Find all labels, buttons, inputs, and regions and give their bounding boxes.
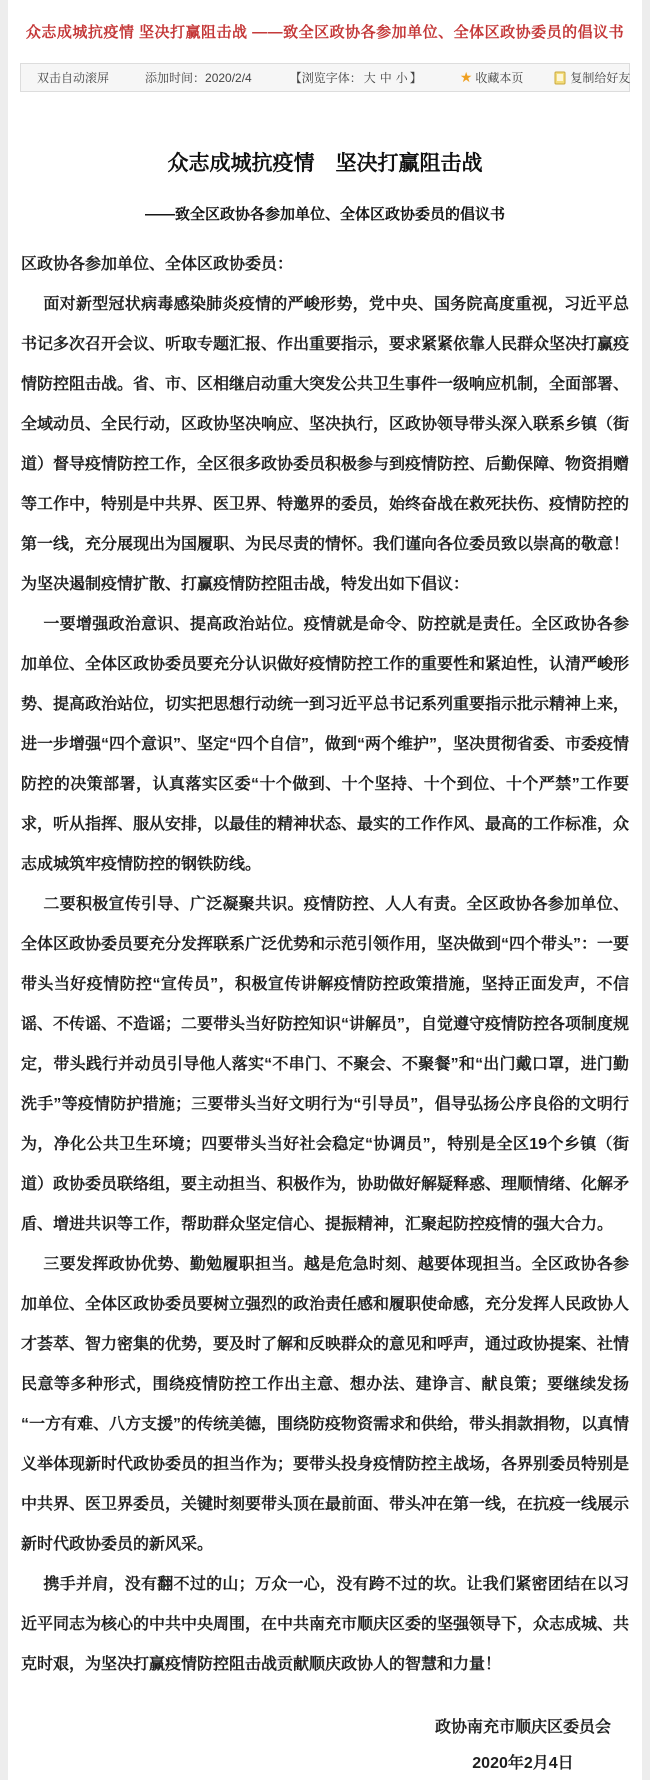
salutation: 区政协各参加单位、全体区政协委员：	[21, 245, 629, 285]
signature-date: 2020年2月4日	[435, 1748, 611, 1780]
document-subtitle: ——致全区政协各参加单位、全体区政协委员的倡议书	[21, 204, 629, 226]
page-header-title: 众志成城抗疫情 坚决打赢阻击战 ——致全区政协各参加单位、全体区政协委员的倡议书	[8, 20, 642, 45]
document-title: 众志成城抗疫情 坚决打赢阻击战	[21, 150, 629, 178]
font-size-medium-link[interactable]: 中	[380, 69, 392, 86]
font-size-selector: 【浏览字体： 大 中 小 】	[290, 69, 422, 86]
autoscroll-toggle[interactable]: 双击自动滚屏	[37, 69, 109, 86]
favorite-button[interactable]: ★ 收藏本页	[460, 69, 524, 86]
body-paragraph: 携手并肩，没有翻不过的山；万众一心，没有跨不过的坎。让我们紧密团结在以习近平同志…	[21, 1565, 629, 1685]
font-size-small-link[interactable]: 小	[396, 69, 408, 86]
body-paragraph: 三要发挥政协优势、勤勉履职担当。越是危急时刻、越要体现担当。全区政协各参加单位、…	[21, 1245, 629, 1565]
signature-org: 政协南充市顺庆区委员会	[435, 1708, 611, 1748]
body-paragraph: 一要增强政治意识、提高政治站位。疫情就是命令、防控就是责任。全区政协各参加单位、…	[21, 605, 629, 885]
font-size-suffix: 】	[410, 69, 422, 86]
article: 众志成城抗疫情 坚决打赢阻击战 ——致全区政协各参加单位、全体区政协委员的倡议书…	[8, 150, 642, 1780]
clipboard-icon	[553, 71, 567, 85]
toolbar: 双击自动滚屏 添加时间：2020/2/4 【浏览字体： 大 中 小 】 ★ 收藏…	[20, 63, 630, 92]
font-size-prefix: 【浏览字体：	[290, 69, 362, 86]
document-body: 区政协各参加单位、全体区政协委员： 面对新型冠状病毒感染肺炎疫情的严峻形势，党中…	[21, 245, 629, 1685]
added-time-label: 添加时间：2020/2/4	[145, 69, 252, 86]
favorite-label: 收藏本页	[475, 69, 523, 86]
copy-label: 复制给好友	[570, 69, 630, 86]
page-container: 众志成城抗疫情 坚决打赢阻击战 ——致全区政协各参加单位、全体区政协委员的倡议书…	[8, 0, 642, 1780]
star-icon: ★	[460, 69, 473, 86]
font-size-large-link[interactable]: 大	[364, 69, 376, 86]
body-paragraph: 面对新型冠状病毒感染肺炎疫情的严峻形势，党中央、国务院高度重视，习近平总书记多次…	[21, 285, 629, 605]
copy-to-friend-button[interactable]: 复制给好友	[553, 69, 630, 86]
signature-block: 政协南充市顺庆区委员会 2020年2月4日	[21, 1708, 629, 1780]
body-paragraph: 二要积极宣传引导、广泛凝聚共识。疫情防控、人人有责。全区政协各参加单位、全体区政…	[21, 885, 629, 1245]
